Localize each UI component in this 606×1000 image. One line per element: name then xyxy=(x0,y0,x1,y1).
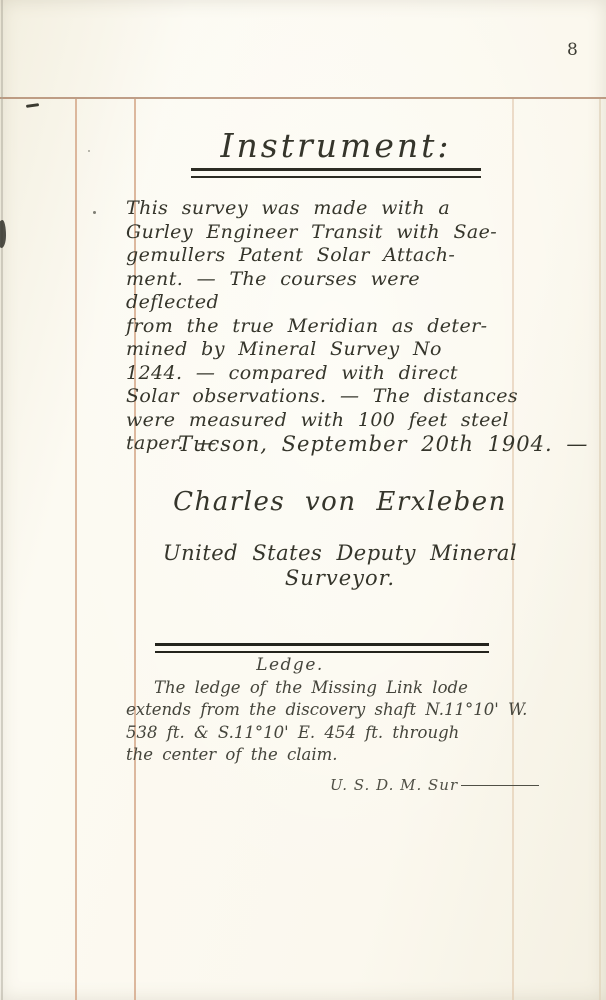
ledge-paragraph: The ledge of the Missing Link lode exten… xyxy=(126,677,530,767)
instrument-paragraph: This survey was made with a Gurley Engin… xyxy=(126,197,526,456)
handwritten-line: 538 ft. & S.11°10' E. 454 ft. through xyxy=(126,722,530,744)
handwritten-line: the center of the claim. xyxy=(126,744,530,766)
section-divider-double-line xyxy=(155,643,489,653)
handwritten-line: Solar observations. — The distances xyxy=(126,385,526,409)
handwritten-line: gemullers Patent Solar Attach- xyxy=(126,244,526,268)
surveyor-initials-text: U. S. D. M. Sur xyxy=(330,776,458,794)
dateline: Tucson, September 20th 1904. — xyxy=(178,432,588,456)
handwritten-line: The ledge of the Missing Link lode xyxy=(126,677,530,699)
instrument-section-heading: Instrument: xyxy=(160,126,512,178)
handwritten-line: ment. — The courses were deflected xyxy=(126,268,526,315)
ink-speck xyxy=(88,150,90,152)
surveyor-initials: U. S. D. M. Sur xyxy=(330,776,539,794)
document-page: 8 Instrument: This survey was made with … xyxy=(0,0,606,1000)
margin-rule-horizontal xyxy=(0,97,606,99)
margin-rule-vertical-4 xyxy=(599,99,601,1000)
ink-dash-mark xyxy=(26,103,39,107)
handwritten-line: This survey was made with a xyxy=(126,197,526,221)
handwritten-line: from the true Meridian as deter- xyxy=(126,315,526,339)
section-title-ledge: Ledge. xyxy=(155,655,425,675)
section-title-instrument: Instrument: xyxy=(221,126,452,165)
handwritten-line: 1244. — compared with direct xyxy=(126,362,526,386)
signer-title-line-2: Surveyor. xyxy=(120,566,560,590)
signer-title-line-1: United States Deputy Mineral xyxy=(120,541,560,565)
ink-speck xyxy=(93,211,96,214)
handwritten-line: were measured with 100 feet steel xyxy=(126,409,526,433)
ink-smudge xyxy=(0,220,6,248)
margin-rule-vertical-1 xyxy=(75,99,77,1000)
handwritten-line: mined by Mineral Survey No xyxy=(126,338,526,362)
signature-flourish xyxy=(461,785,539,786)
title-double-underline xyxy=(191,168,481,178)
scan-edge-line xyxy=(1,0,3,1000)
signature-name: Charles von Erxleben xyxy=(140,487,540,517)
handwritten-line: Gurley Engineer Transit with Sae- xyxy=(126,221,526,245)
page-number: 8 xyxy=(567,40,578,60)
handwritten-line: extends from the discovery shaft N.11°10… xyxy=(126,699,530,721)
